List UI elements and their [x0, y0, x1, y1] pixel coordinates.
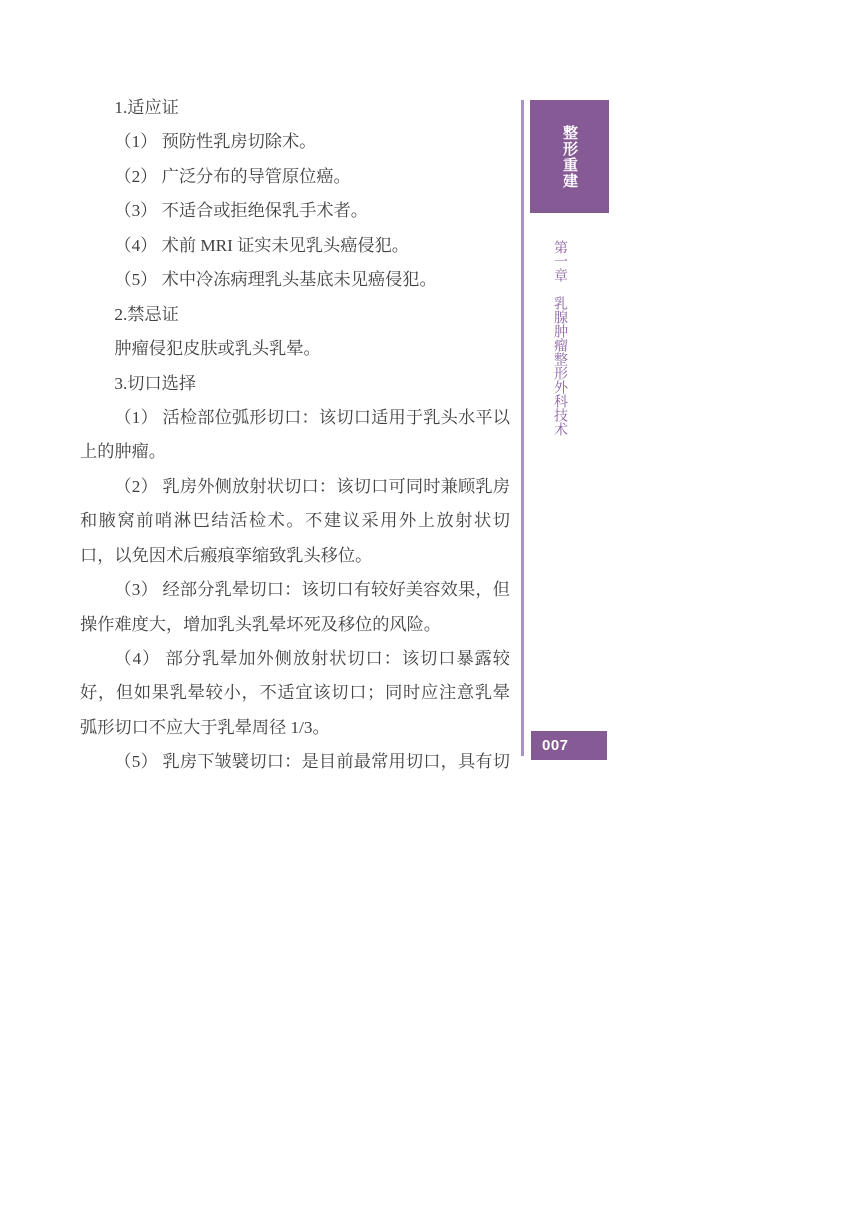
text-line: （1） 预防性乳房切除术。 — [80, 125, 510, 159]
text-line: （2） 乳房外侧放射状切口：该切口可同时兼顾乳房 — [80, 470, 510, 504]
text-line: 上的肿瘤。 — [80, 435, 510, 469]
book-page: 1.适应证（1） 预防性乳房切除术。（2） 广泛分布的导管原位癌。（3） 不适合… — [0, 0, 867, 1218]
section-tab: 整形重建 — [530, 100, 609, 213]
text-line: 3.切口选择 — [80, 367, 510, 401]
section-tab-label: 整形重建 — [559, 125, 580, 189]
text-line: 肿瘤侵犯皮肤或乳头乳晕。 — [80, 332, 510, 366]
text-line: 口，以免因术后瘢痕挛缩致乳头移位。 — [80, 539, 510, 573]
text-line: （4） 术前 MRI 证实未见乳头癌侵犯。 — [80, 229, 510, 263]
text-line: （3） 经部分乳晕切口：该切口有较好美容效果，但 — [80, 573, 510, 607]
text-line: 好，但如果乳晕较小，不适宜该切口；同时应注意乳晕 — [80, 676, 510, 710]
text-line: 操作难度大，增加乳头乳晕坏死及移位的风险。 — [80, 608, 510, 642]
text-line: （5） 乳房下皱襞切口：是目前最常用切口，具有切 — [80, 745, 510, 779]
text-line: 1.适应证 — [80, 91, 510, 125]
text-line: （4） 部分乳晕加外侧放射状切口：该切口暴露较 — [80, 642, 510, 676]
text-line: 弧形切口不应大于乳晕周径 1/3。 — [80, 711, 510, 745]
page-number-badge: 007 — [531, 731, 607, 760]
body-text: 1.适应证（1） 预防性乳房切除术。（2） 广泛分布的导管原位癌。（3） 不适合… — [80, 91, 510, 780]
chapter-label: 第一章 乳腺肿瘤整形外科技术 — [546, 240, 572, 450]
text-line: （1） 活检部位弧形切口：该切口适用于乳头水平以 — [80, 401, 510, 435]
sidebar-rule — [521, 100, 524, 756]
page-number: 007 — [531, 737, 569, 754]
text-line: （3） 不适合或拒绝保乳手术者。 — [80, 194, 510, 228]
text-line: 2.禁忌证 — [80, 298, 510, 332]
text-line: （2） 广泛分布的导管原位癌。 — [80, 160, 510, 194]
text-line: 和腋窝前哨淋巴结活检术。不建议采用外上放射状切 — [80, 504, 510, 538]
text-line: （5） 术中冷冻病理乳头基底未见癌侵犯。 — [80, 263, 510, 297]
